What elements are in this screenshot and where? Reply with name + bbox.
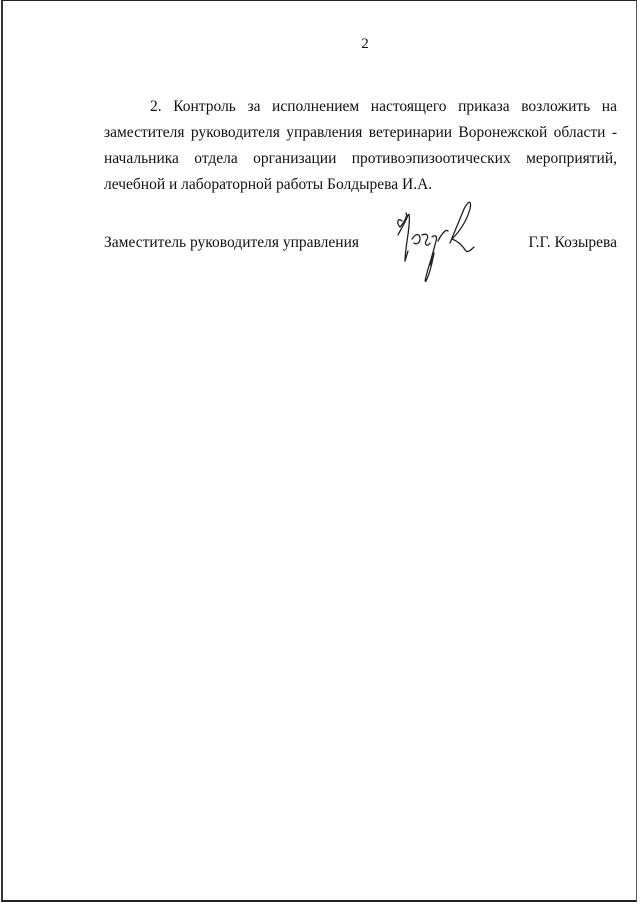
signatory-position: Заместитель руководителя управления <box>104 234 359 252</box>
page-number: 2 <box>0 36 640 53</box>
signature-block: Заместитель руководителя управления Г.Г.… <box>104 234 617 254</box>
signatory-name: Г.Г. Козырева <box>528 234 617 252</box>
order-paragraph-2: 2. Контроль за исполнением настоящего пр… <box>104 94 617 198</box>
handwritten-signature-icon <box>388 193 488 288</box>
